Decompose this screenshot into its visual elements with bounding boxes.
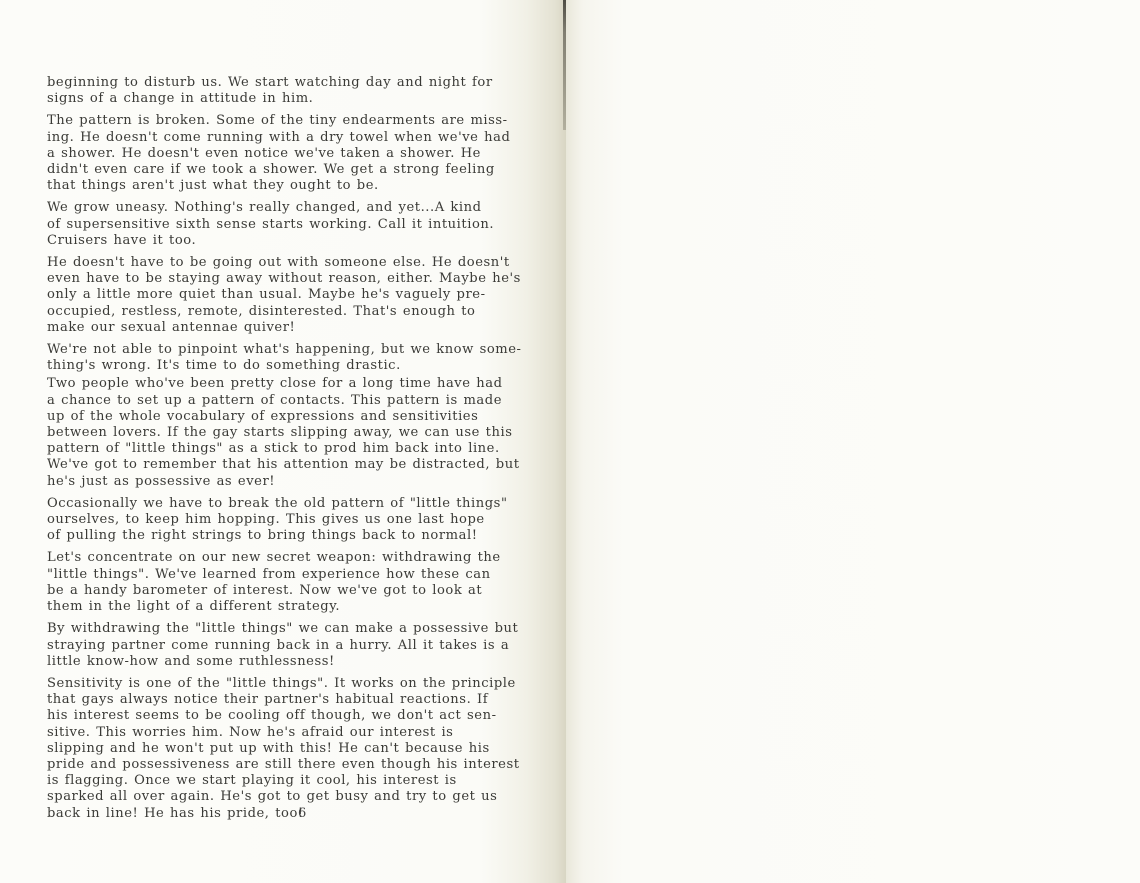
book-spread: beginning to disturb us. We start watchi… xyxy=(0,0,1140,883)
paragraph: Let's concentrate on our new secret weap… xyxy=(47,550,547,615)
paragraph: He doesn't have to be going out with som… xyxy=(47,255,547,336)
paragraph: We grow uneasy. Nothing's really changed… xyxy=(47,200,547,249)
page-number: 6 xyxy=(298,806,307,821)
paragraph: Occasionally we have to break the old pa… xyxy=(47,496,547,545)
paragraph: We're not able to pinpoint what's happen… xyxy=(47,342,547,374)
left-page: beginning to disturb us. We start watchi… xyxy=(0,0,566,883)
right-page: The Far-Away Look in Our Eyes Up until n… xyxy=(566,0,1140,883)
paragraph: Sensitivity is one of the "little things… xyxy=(47,676,547,822)
paragraph: Two people who've been pretty close for … xyxy=(47,376,547,489)
left-page-body: beginning to disturb us. We start watchi… xyxy=(47,75,547,828)
paragraph: The pattern is broken. Some of the tiny … xyxy=(47,113,547,194)
paragraph: beginning to disturb us. We start watchi… xyxy=(47,75,547,107)
paragraph: By withdrawing the "little things" we ca… xyxy=(47,621,547,670)
book-spine xyxy=(563,0,566,130)
